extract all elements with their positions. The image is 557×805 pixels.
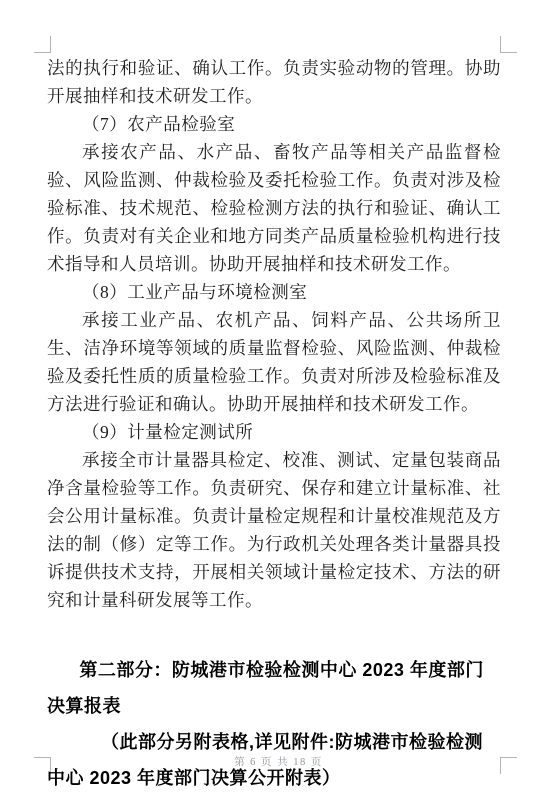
subsection-heading-8: （8）工业产品与环境检测室 xyxy=(47,278,501,306)
section-title-part-two: 第二部分：防城港市检验检测中心 2023 年度部门决算报表 xyxy=(47,652,501,724)
page-content: 法的执行和验证、确认工作。负责实验动物的管理。协助开展抽样和技术研发工作。 （7… xyxy=(47,54,501,796)
paragraph-industrial-environment-lab: 承接工业产品、农机产品、饲料产品、公共场所卫生、洁净环境等领域的质量监督检验、风… xyxy=(47,306,501,418)
text-boundary-mark-top-right xyxy=(500,36,517,53)
paragraph-metrology-institute: 承接全市计量器具检定、校准、测试、定量包装商品净含量检验等工作。负责研究、保存和… xyxy=(47,446,501,614)
page-footer-page-number: 第 6 页 共 18 页 xyxy=(0,754,557,770)
text-boundary-mark-top-left xyxy=(34,36,51,53)
subsection-heading-7: （7）农产品检验室 xyxy=(47,110,501,138)
document-page: 法的执行和验证、确认工作。负责实验动物的管理。协助开展抽样和技术研发工作。 （7… xyxy=(0,0,557,805)
paragraph-agricultural-products-lab: 承接农产品、水产品、畜牧产品等相关产品监督检验、风险监测、仲裁检验及委托检验工作… xyxy=(47,138,501,278)
paragraph-continuation: 法的执行和验证、确认工作。负责实验动物的管理。协助开展抽样和技术研发工作。 xyxy=(47,54,501,110)
subsection-heading-9: （9）计量检定测试所 xyxy=(47,418,501,446)
